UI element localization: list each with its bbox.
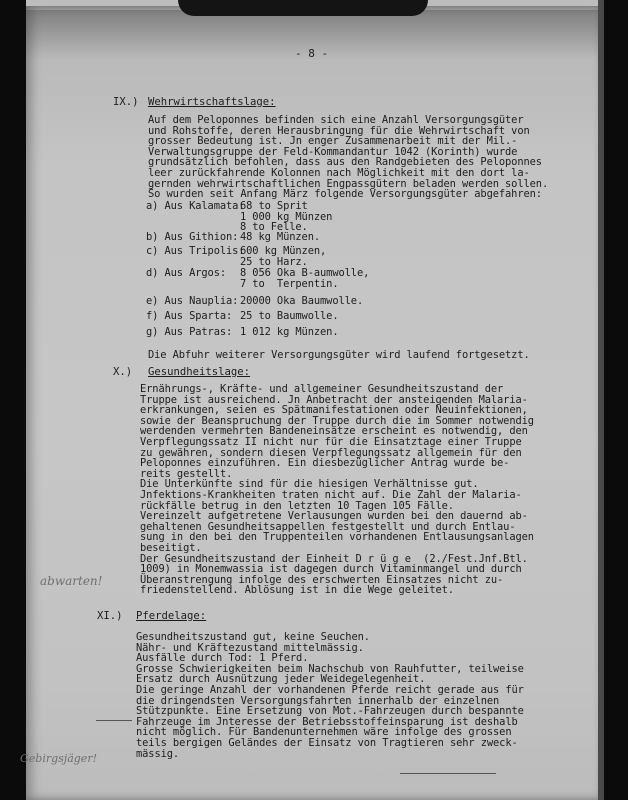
shipment-origin: c) Aus Tripolis: (146, 246, 245, 257)
shipment-item: 8 056 Oka B-aumwolle, (240, 268, 360, 279)
underline-mark (400, 773, 496, 774)
section-paragraph: Ernährungs-, Kräfte- und allgemeiner Ges… (140, 384, 534, 596)
section-number: XI.) (97, 610, 123, 622)
section-title-gesundheitslage: Gesundheitslage: (148, 366, 250, 378)
section-closing: Die Abfuhr weiterer Versorgungsgüter wir… (148, 350, 530, 361)
shipment-item: 25 to Baumwolle. (240, 311, 360, 322)
margin-note: Gebirgsjäger! (20, 752, 97, 765)
shipment-item: 1 012 kg Münzen. (240, 327, 360, 338)
section-title-wehrwirtschaftslage: Wehrwirtschaftslage: (148, 96, 276, 108)
shipment-origin: g) Aus Patras: (146, 327, 232, 338)
shipment-item: 25 to Harz. (240, 257, 360, 268)
section-number: IX.) (113, 96, 139, 108)
section-title-pferdelage: Pferdelage: (136, 610, 206, 622)
page-edge (598, 0, 604, 800)
shipment-origin: a) Aus Kalamata: (146, 201, 245, 212)
shipment-item: 7 to Terpentin. (240, 279, 360, 290)
shipment-item: 20000 Oka Baumwolle. (240, 296, 360, 307)
shipment-origin: d) Aus Argos: (146, 268, 226, 279)
section-paragraph: Gesundheitszustand gut, keine Seuchen. N… (136, 632, 524, 759)
section-paragraph: Auf dem Peloponnes befinden sich eine An… (148, 115, 548, 200)
shipment-origin: b) Aus Githion: (146, 232, 238, 243)
shipment-item: 600 kg Münzen, (240, 246, 360, 257)
page-number: - 8 - (295, 47, 328, 60)
shipment-item: 68 to Sprit (240, 201, 360, 212)
shipment-origin: e) Aus Nauplia: (146, 296, 238, 307)
shipment-origin: f) Aus Sparta: (146, 311, 232, 322)
binder-clip (178, 0, 428, 16)
margin-note: abwarten! (40, 574, 102, 588)
section-number: X.) (113, 366, 132, 378)
margin-line (96, 720, 132, 721)
shipment-item: 48 kg Münzen. (240, 232, 360, 243)
